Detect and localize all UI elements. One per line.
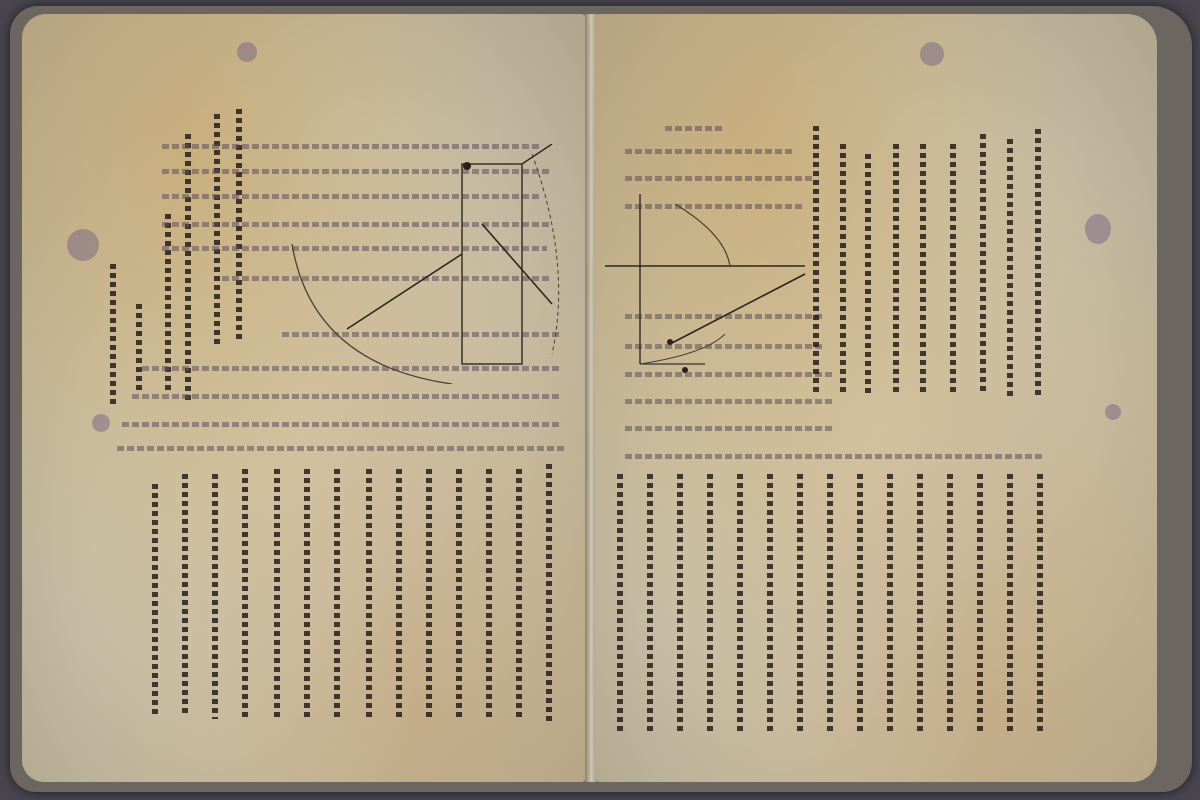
script-column [274,469,280,719]
script-column [366,469,372,719]
script-column [546,464,552,724]
script-column [1035,129,1041,399]
script-column [182,474,188,714]
script-column [677,474,683,734]
script-column [767,474,773,734]
faded-text-line [122,422,562,427]
script-column [950,144,956,394]
faded-text-line [132,394,562,399]
faded-text-line [625,426,835,431]
script-column [212,474,218,719]
faded-text-line [665,126,725,131]
script-column [242,469,248,719]
manuscript-photo: Open medieval palimpsest manuscript with… [0,0,1200,800]
script-column [1037,474,1043,734]
script-column [920,144,926,394]
script-column [865,154,871,394]
faded-text-line [625,454,1045,459]
script-column [396,469,402,719]
stain [92,414,110,432]
script-column [827,474,833,734]
script-column [426,469,432,719]
script-column [1007,474,1013,734]
script-column [980,134,986,394]
script-column [797,474,803,734]
faded-text-line [117,446,567,451]
script-column [707,474,713,734]
script-column [152,484,158,714]
faded-text-line [625,149,795,154]
script-column [516,469,522,719]
geometric-diagram [252,144,582,384]
faded-text-line [625,399,835,404]
right-page [595,14,1157,782]
script-column [737,474,743,734]
script-column [647,474,653,734]
script-column [185,134,191,404]
script-column [334,469,340,719]
stain [1085,214,1111,244]
script-column [977,474,983,734]
script-column [304,469,310,719]
script-column [887,474,893,734]
script-column [456,469,462,719]
stain [1105,404,1121,420]
script-column [1007,139,1013,399]
left-page [22,14,587,782]
script-column [947,474,953,734]
script-column [917,474,923,734]
script-column [110,264,116,404]
stain [920,42,944,66]
script-column [486,469,492,719]
right-angle-diagram [595,174,825,374]
script-column [617,474,623,734]
script-column [893,144,899,394]
script-column [136,304,142,394]
script-column [857,474,863,734]
stain [67,229,99,261]
stain [237,42,257,62]
script-column [840,144,846,394]
